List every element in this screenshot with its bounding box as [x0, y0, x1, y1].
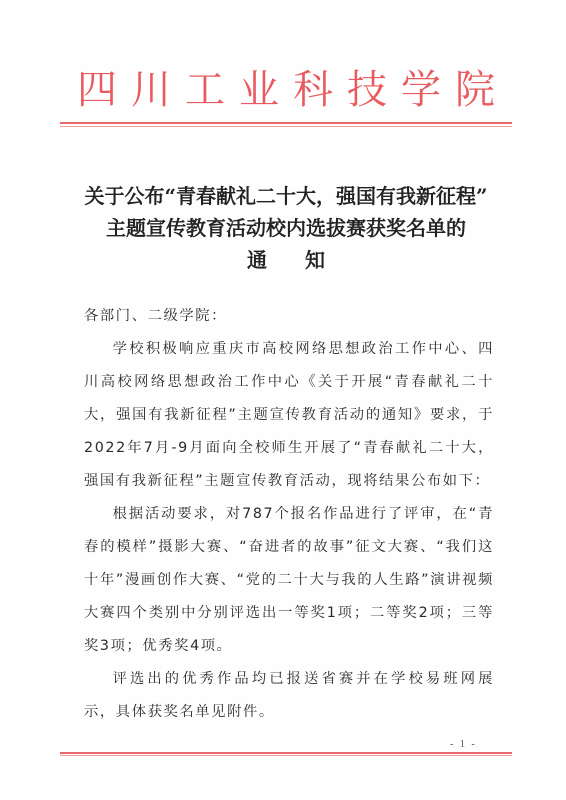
page-number: - 1 - [450, 739, 477, 750]
footer-rule-thick [60, 752, 512, 754]
masthead-rule-thick [60, 122, 512, 124]
document-page: 四川工业科技学院 关于公布“青春献礼二十大，强国有我新征程” 主题宣传教育活动校… [0, 0, 566, 800]
document-body: 各部门、二级学院： 学校积极响应重庆市高校网络思想政治工作中心、四川高校网络思想… [84, 300, 494, 729]
masthead-rule-thin [60, 126, 512, 127]
title-line-2: 主题宣传教育活动校内选拔赛获奖名单的 [60, 212, 512, 244]
footer-rule-thin [60, 755, 512, 756]
title-line-notice: 通知 [60, 244, 512, 276]
body-paragraph-3: 评选出的优秀作品均已报送省赛并在学校易班网展示，具体获奖名单见附件。 [84, 663, 494, 729]
title-line-1: 关于公布“青春献礼二十大，强国有我新征程” [60, 180, 512, 212]
institution-masthead: 四川工业科技学院 [60, 66, 512, 114]
body-paragraph-1: 学校积极响应重庆市高校网络思想政治工作中心、四川高校网络思想政治工作中心《关于开… [84, 333, 494, 498]
document-title: 关于公布“青春献礼二十大，强国有我新征程” 主题宣传教育活动校内选拔赛获奖名单的… [60, 180, 512, 276]
salutation: 各部门、二级学院： [84, 300, 494, 333]
body-paragraph-2: 根据活动要求，对787个报名作品进行了评审，在“青春的模样”摄影大赛、“奋进者的… [84, 498, 494, 663]
